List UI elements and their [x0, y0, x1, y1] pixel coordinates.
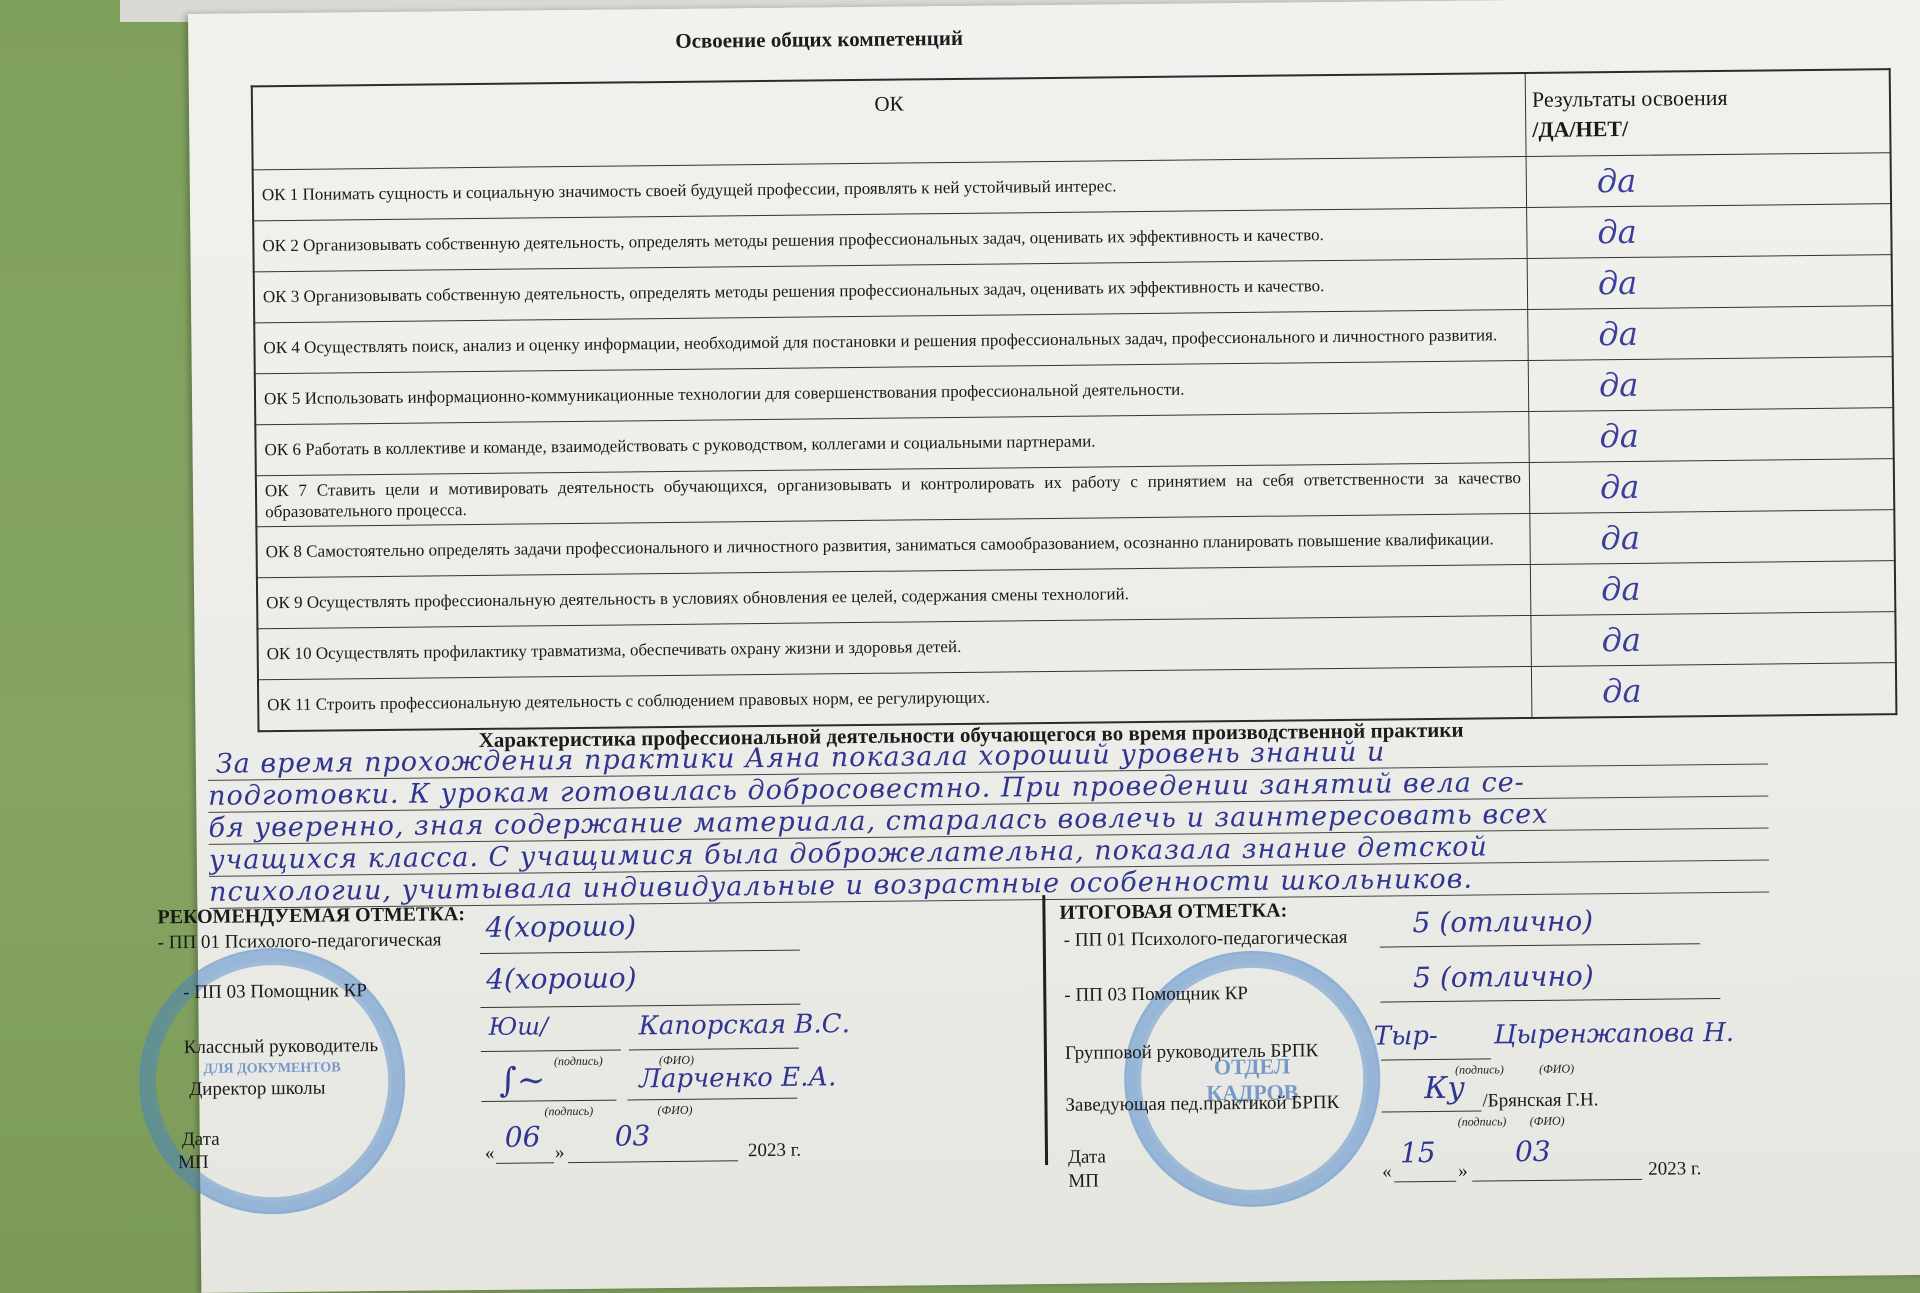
group-leader-label: Групповой руководитель БРПК	[1065, 1040, 1318, 1065]
characteristic-text: За время прохождения практики Аяна показ…	[208, 732, 1770, 908]
final-date-year: 2023 г.	[1648, 1158, 1701, 1181]
competency-result: да	[1527, 255, 1892, 310]
recommended-title: РЕКОМЕНДУЕМАЯ ОТМЕТКА:	[157, 903, 465, 929]
competency-result: да	[1529, 408, 1894, 463]
final-title: ИТОГОВАЯ ОТМЕТКА:	[1059, 900, 1287, 925]
day-underline	[1394, 1181, 1456, 1183]
sign-caption: (подпись)	[554, 1054, 603, 1070]
competency-result: да	[1531, 612, 1896, 667]
date-quote-open: «	[485, 1143, 495, 1165]
date-label: Дата	[182, 1129, 220, 1151]
final-pp03-grade: 5 (отлично)	[1413, 959, 1594, 994]
fio-line	[627, 1098, 797, 1101]
date-quote-close: »	[1458, 1161, 1468, 1183]
pp03-underline	[1380, 998, 1720, 1003]
mp-label: МП	[1068, 1171, 1099, 1193]
fio-caption: (ФИО)	[657, 1103, 692, 1118]
group-leader-signature: Тыр-	[1374, 1021, 1438, 1052]
competency-result: да	[1530, 561, 1895, 616]
signature-line	[1382, 1111, 1482, 1113]
director-name: Ларченко Е.А.	[639, 1062, 836, 1094]
final-date-day: 15	[1400, 1136, 1436, 1169]
competency-result: да	[1528, 357, 1893, 412]
page-title: Освоение общих компетенций	[675, 26, 963, 54]
result-header-line1: Результаты освоения	[1532, 85, 1728, 112]
recommended-pp03-grade: 4(хорошо)	[486, 961, 637, 996]
stamp-text: ДЛЯ ДОКУМЕНТОВ	[202, 1060, 342, 1077]
fio-caption: (ФИО)	[1539, 1062, 1574, 1077]
competency-result: да	[1527, 204, 1892, 259]
competency-result: да	[1530, 510, 1895, 565]
class-teacher-signature: Юш/	[488, 1012, 548, 1041]
pp01-underline	[480, 950, 800, 954]
final-pp03-label: - ПП 03 Помощник КР	[1064, 983, 1248, 1007]
competency-result: да	[1528, 306, 1893, 361]
competency-result: да	[1529, 459, 1894, 514]
sign-caption: (подпись)	[1458, 1114, 1507, 1130]
sign-caption: (подпись)	[544, 1104, 593, 1120]
head-signature: Ку	[1424, 1071, 1465, 1106]
signature-line	[481, 1050, 621, 1052]
recommended-pp01-grade: 4(хорошо)	[485, 909, 636, 944]
signature-line	[481, 1100, 616, 1102]
column-header-ok: ОК	[252, 73, 1526, 170]
director-signature: ∫~	[499, 1060, 546, 1100]
head-name: /Брянская Г.Н.	[1482, 1089, 1598, 1112]
mp-label: МП	[178, 1152, 209, 1174]
date-quote-close: »	[555, 1142, 565, 1164]
final-pp01-grade: 5 (отлично)	[1412, 904, 1593, 939]
recommended-date-day: 06	[505, 1120, 541, 1153]
recommended-date-month: 03	[615, 1119, 651, 1152]
vertical-divider	[1042, 895, 1048, 1165]
competency-result: да	[1531, 663, 1896, 718]
column-header-result: Результаты освоения /ДА/НЕТ/	[1525, 69, 1890, 156]
month-underline	[1472, 1179, 1642, 1182]
month-underline	[568, 1160, 738, 1163]
pp03-underline	[480, 1004, 800, 1008]
fio-line	[629, 1048, 799, 1051]
result-header-line2: /ДА/НЕТ/	[1532, 116, 1628, 142]
recommended-pp03-label: - ПП 03 Помощник КР	[183, 980, 367, 1004]
day-underline	[496, 1162, 554, 1164]
signature-line	[1381, 1058, 1491, 1060]
date-quote-open: «	[1382, 1161, 1392, 1183]
recommended-date-year: 2023 г.	[748, 1140, 801, 1163]
document-page: Освоение общих компетенций ОК Результаты…	[188, 0, 1920, 1293]
head-label: Заведующая пед.практикой БРПК	[1065, 1092, 1339, 1117]
competencies-table: ОК Результаты освоения /ДА/НЕТ/ ОК 1 Пон…	[251, 68, 1898, 732]
class-teacher-name: Капорская В.С.	[638, 1009, 850, 1041]
final-pp01-label: - ПП 01 Психолого-педагогическая	[1064, 927, 1348, 952]
director-label: Директор школы	[189, 1078, 325, 1101]
pp01-underline	[1380, 943, 1700, 947]
fio-caption: (ФИО)	[1530, 1114, 1565, 1129]
final-date-month: 03	[1515, 1135, 1551, 1168]
recommended-pp01-label: - ПП 01 Психолого-педагогическая	[158, 929, 442, 954]
date-label: Дата	[1068, 1146, 1106, 1168]
group-leader-name: Цыренжапова Н.	[1494, 1018, 1735, 1051]
class-teacher-label: Классный руководитель	[184, 1035, 379, 1059]
competency-result: да	[1526, 153, 1891, 208]
